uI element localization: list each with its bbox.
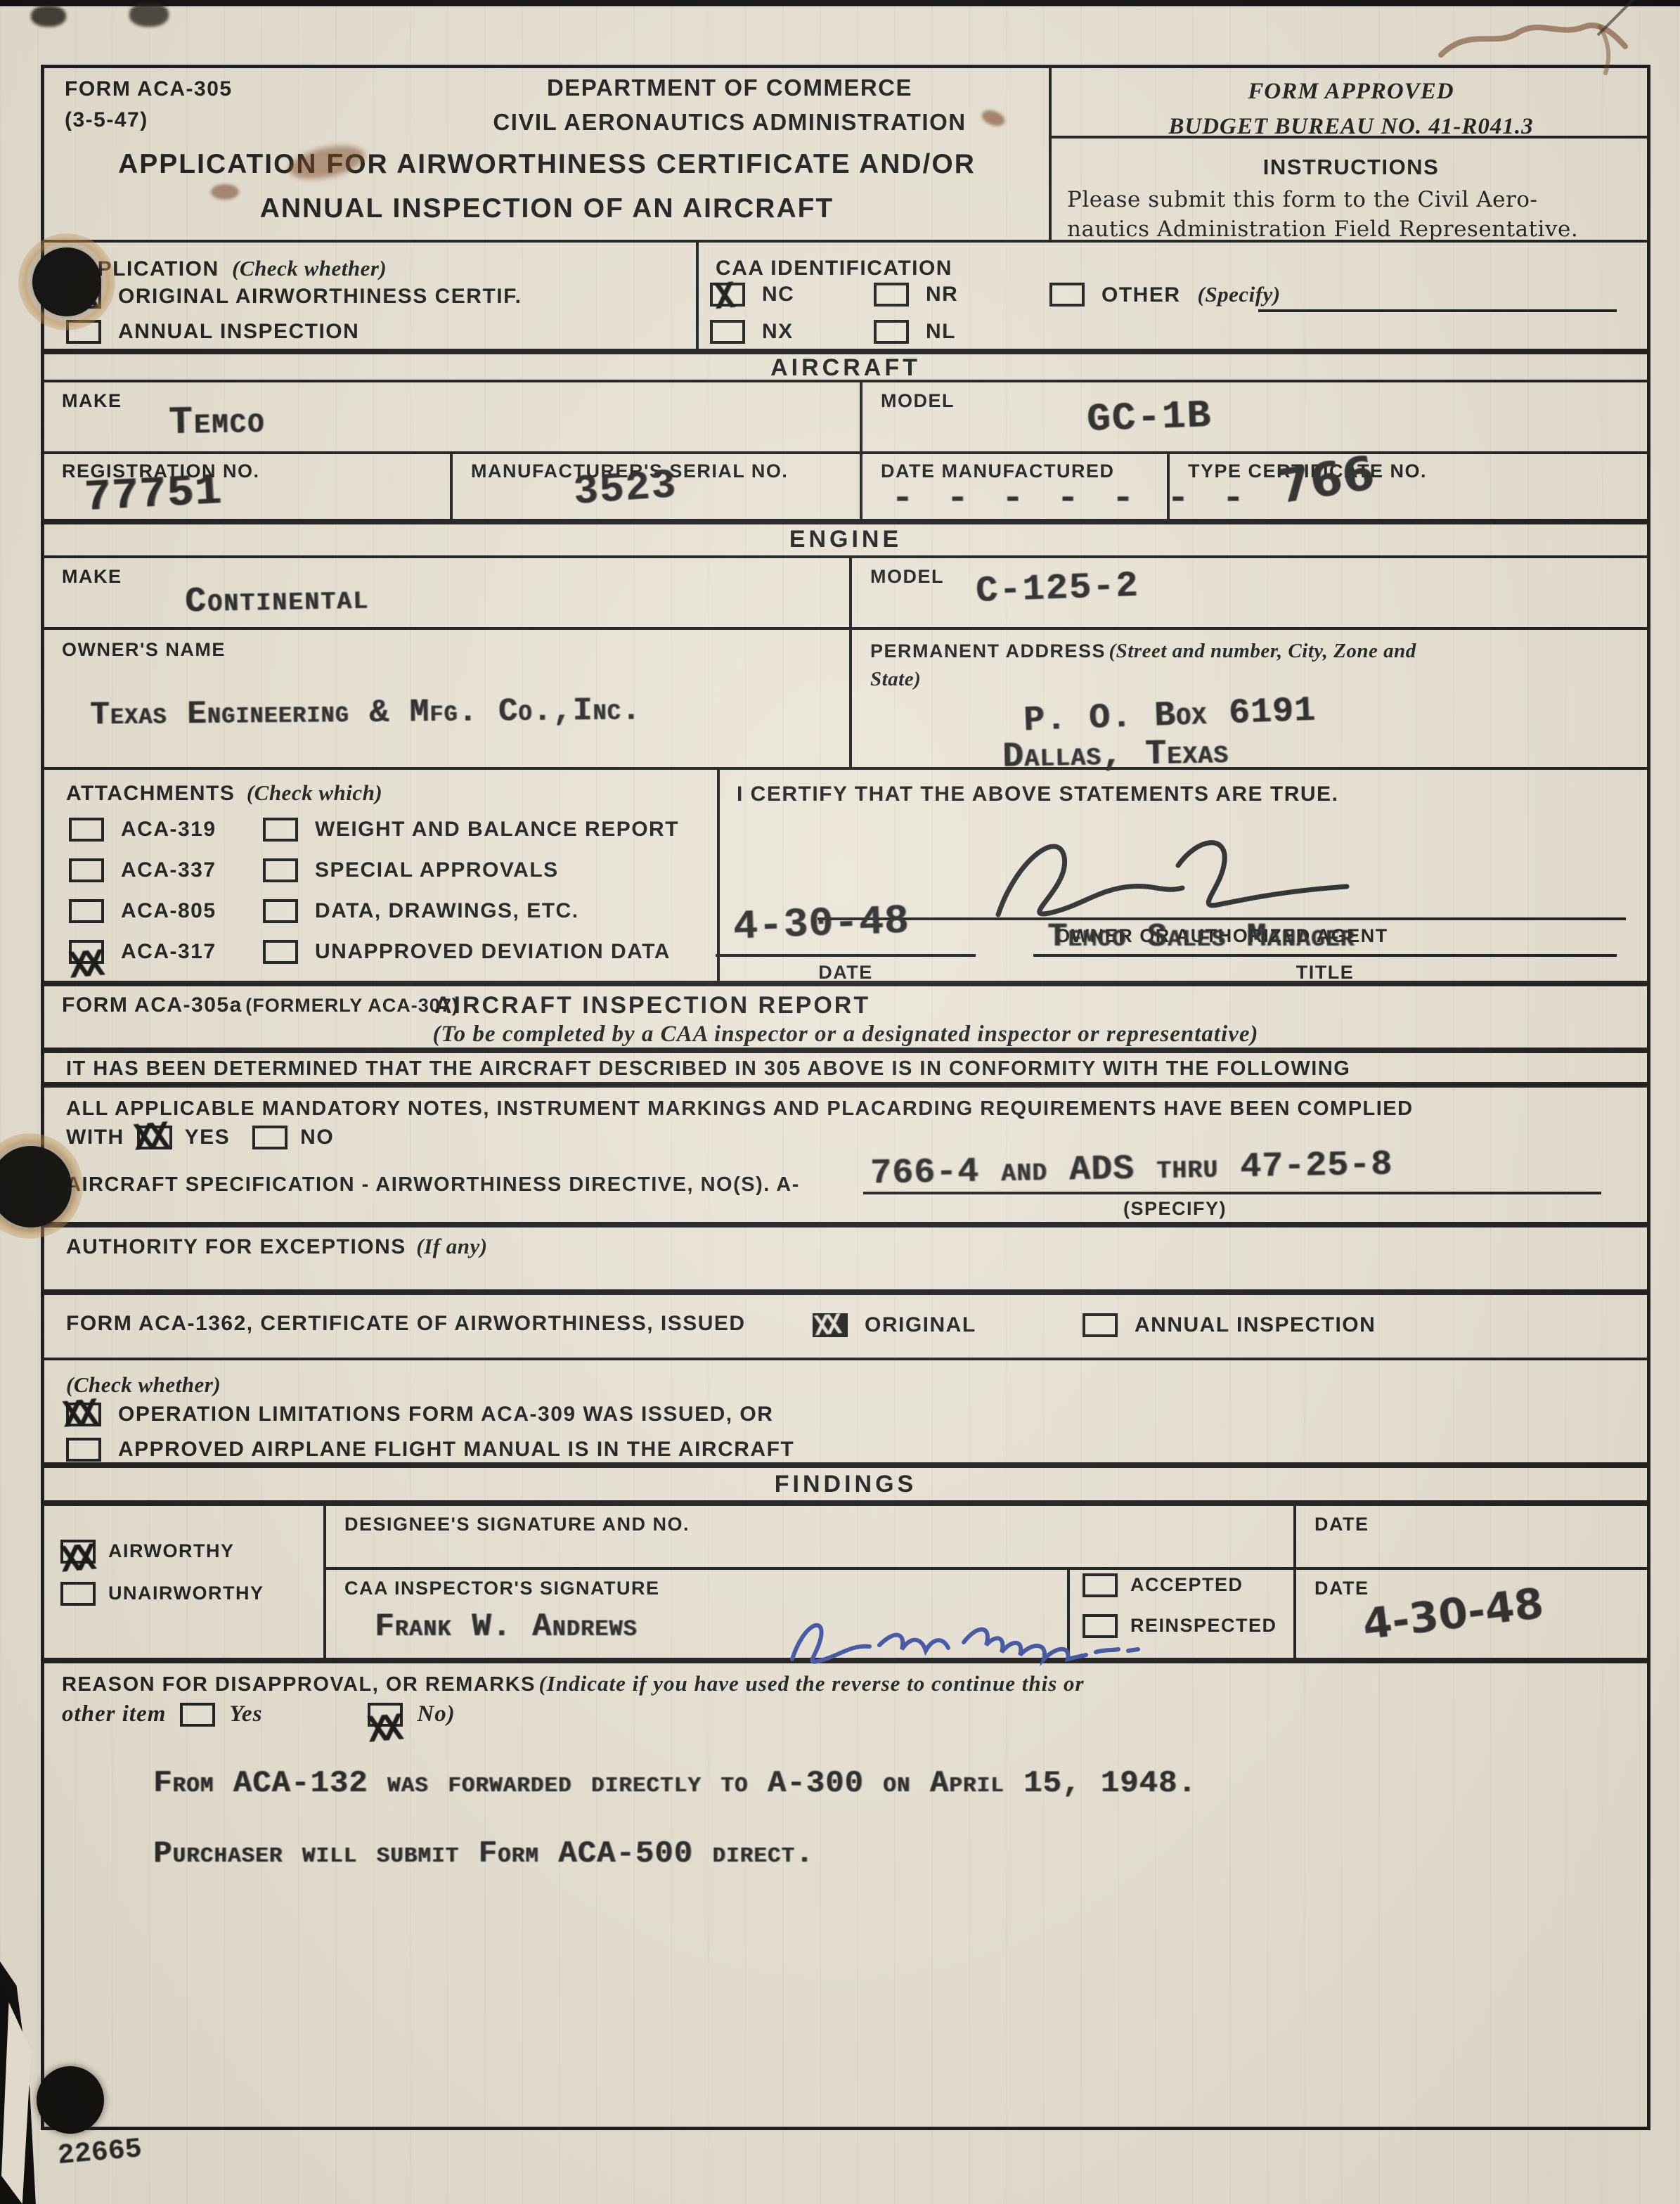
remarks-row: REASON FOR DISAPPROVAL, OR REMARKS (Indi… xyxy=(41,1661,1650,2130)
aca1362-row: FORM ACA-1362, CERTIFICATE OF AIRWORTHIN… xyxy=(41,1292,1650,1360)
inspection-date-label: DATE xyxy=(1314,1577,1369,1601)
specify-hint: (SPECIFY) xyxy=(1123,1197,1227,1221)
form-title-line2: ANNUAL INSPECTION OF AN AIRCRAFT xyxy=(83,192,1011,226)
form-revision-date: (3-5-47) xyxy=(65,107,233,134)
reverse-no-label: No) xyxy=(417,1697,455,1732)
engine-model-label: MODEL xyxy=(870,565,944,589)
option-annual-inspection: ANNUAL INSPECTION xyxy=(118,318,359,345)
details-divider-3 xyxy=(1167,454,1170,519)
accepted-label: ACCEPTED xyxy=(1130,1573,1243,1597)
operation-limitations-label: OPERATION LIMITATIONS FORM ACA-309 WAS I… xyxy=(118,1401,773,1428)
registration-value: 77751 xyxy=(83,466,223,523)
checkbox-unapproved-deviation[interactable] xyxy=(263,940,298,964)
unairworthy-label: UNAIRWORTHY xyxy=(108,1582,264,1606)
hole-punch-top xyxy=(32,247,101,316)
engine-section-title: ENGINE xyxy=(41,526,1650,553)
aircraft-details-row: REGISTRATION NO. 77751 MANUFACTURER'S SE… xyxy=(41,454,1650,522)
label-unapproved-deviation: UNAPPROVED DEVIATION DATA xyxy=(315,939,671,965)
airworthy-label: AIRWORTHY xyxy=(108,1540,235,1564)
checkbox-airworthy[interactable]: XX xyxy=(60,1540,96,1564)
authority-label: AUTHORITY FOR EXCEPTIONS xyxy=(66,1235,406,1258)
option-nc: NC xyxy=(762,281,794,308)
inspection-report-band: FORM ACA-305a (FORMERLY ACA-307) AIRCRAF… xyxy=(41,984,1650,1050)
certify-title-line[interactable] xyxy=(1033,954,1617,957)
application-hint: (Check whether) xyxy=(232,256,387,281)
spec-directive-label: AIRCRAFT SPECIFICATION - AIRWORTHINESS D… xyxy=(66,1172,800,1197)
checkbox-reinspected[interactable] xyxy=(1083,1614,1118,1638)
reverse-yes-label: Yes xyxy=(229,1697,262,1732)
inspector-typed-name: Frank W. Andrews xyxy=(375,1609,638,1646)
engine-make-model-row: MAKE Continental MODEL C-125-2 xyxy=(41,558,1650,630)
address-hint2: State) xyxy=(870,666,921,692)
findings-table: XX AIRWORTHY UNAIRWORTHY DESIGNEE'S SIGN… xyxy=(41,1503,1650,1661)
certify-statement: I CERTIFY THAT THE ABOVE STATEMENTS ARE … xyxy=(737,781,1338,808)
caa-inspector-label: CAA INSPECTOR'S SIGNATURE xyxy=(344,1577,659,1601)
annual-issued-label: ANNUAL INSPECTION xyxy=(1135,1312,1376,1339)
report-formerly: (FORMERLY ACA-307) xyxy=(245,995,459,1016)
no-label: NO xyxy=(300,1124,334,1151)
conformity-row: IT HAS BEEN DETERMINED THAT THE AIRCRAFT… xyxy=(41,1050,1650,1085)
checkbox-operation-limitations[interactable]: XX xyxy=(66,1403,101,1426)
application-caa-divider xyxy=(696,243,699,349)
yes-label: YES xyxy=(185,1124,231,1151)
checkbox-reverse-no[interactable]: XX xyxy=(368,1703,403,1727)
tear-shadow-bottom-left xyxy=(0,1961,44,2204)
aircraft-make-model-row: MAKE Temco MODEL GC-1B xyxy=(41,382,1650,454)
owner-name-value: Texas Engineering & Mfg. Co.,Inc. xyxy=(90,692,642,735)
edge-mark-2 xyxy=(129,3,169,27)
other-specify-line[interactable] xyxy=(1258,309,1617,312)
engine-make-label: MAKE xyxy=(62,565,122,589)
authority-row: AUTHORITY FOR EXCEPTIONS (If any) xyxy=(41,1225,1650,1292)
authority-hint: (If any) xyxy=(416,1234,487,1258)
aircraft-section-title: AIRCRAFT xyxy=(41,354,1650,382)
department-line: DEPARTMENT OF COMMERCE xyxy=(413,73,1046,102)
reinspected-label: REINSPECTED xyxy=(1130,1614,1277,1638)
label-weight-balance: WEIGHT AND BALANCE REPORT xyxy=(315,816,679,843)
date-manufactured-value: - - - - - - - xyxy=(891,478,1250,520)
edge-mark-1 xyxy=(31,6,66,27)
engine-model-value: C-125-2 xyxy=(975,565,1139,613)
aca1362-label: FORM ACA-1362, CERTIFICATE OF AIRWORTHIN… xyxy=(66,1310,746,1337)
details-divider-1 xyxy=(450,454,453,519)
designee-signature-label: DESIGNEE'S SIGNATURE AND NO. xyxy=(344,1513,690,1537)
attachments-hint: (Check which) xyxy=(247,780,382,805)
option-other-hint: (Specify) xyxy=(1198,281,1281,309)
option-other: OTHER xyxy=(1101,282,1181,309)
instructions-box: INSTRUCTIONS Please submit this form to … xyxy=(1052,138,1650,243)
attachments-certify-divider xyxy=(717,770,720,981)
option-nl: NL xyxy=(926,318,956,345)
aircraft-model-value: GC-1B xyxy=(1086,393,1213,443)
engine-make-value: Continental xyxy=(185,579,370,623)
label-data-drawings: DATA, DRAWINGS, ETC. xyxy=(315,898,579,924)
budget-approval-box: FORM APPROVED BUDGET BUREAU NO. 41-R041.… xyxy=(1052,65,1650,138)
attachments-certify-row: ATTACHMENTS (Check which) ACA-319 ACA-33… xyxy=(41,770,1650,984)
remarks-hint1: (Indicate if you have used the reverse t… xyxy=(538,1671,1084,1696)
spec-directive-value: 766-4 and ADS thru 47-25-8 xyxy=(870,1145,1393,1194)
remarks-line2: Purchaser will submit Form ACA-500 direc… xyxy=(153,1836,814,1872)
certify-date-line[interactable] xyxy=(716,954,976,957)
owner-divider xyxy=(849,630,852,767)
notes-spec-row: ALL APPLICABLE MANDATORY NOTES, INSTRUME… xyxy=(41,1085,1650,1225)
scanned-form-page: FORM ACA-305 (3-5-47) DEPARTMENT OF COMM… xyxy=(0,0,1680,2204)
engine-mm-divider xyxy=(849,558,852,627)
option-original-airworthiness: ORIGINAL AIRWORTHINESS CERTIF. xyxy=(118,283,522,310)
checkbox-aca-805[interactable] xyxy=(69,899,104,923)
findings-section-title: FINDINGS xyxy=(41,1471,1650,1498)
serial-value: 3523 xyxy=(572,463,679,517)
checkbox-annual-issued[interactable] xyxy=(1083,1313,1118,1337)
certify-title-value: Temco Sales Manager xyxy=(1047,919,1355,957)
with-label: WITH xyxy=(66,1124,124,1151)
aircraft-make-label: MAKE xyxy=(62,389,122,413)
report-title: AIRCRAFT INSPECTION REPORT xyxy=(434,991,870,1021)
batch-serial: 22665 xyxy=(56,2134,143,2172)
certify-title-label: TITLE xyxy=(1033,961,1617,985)
instructions-line1: Please submit this form to the Civil Aer… xyxy=(1067,186,1650,215)
checkbox-aca-317[interactable]: XX xyxy=(69,940,104,964)
checkbox-unairworthy[interactable] xyxy=(60,1582,96,1606)
checkbox-special-approvals[interactable] xyxy=(263,858,298,882)
application-form: FORM ACA-305 (3-5-47) DEPARTMENT OF COMM… xyxy=(41,65,1650,2130)
form-number: FORM ACA-305 xyxy=(65,76,233,103)
checkbox-nr[interactable] xyxy=(874,283,909,307)
scan-edge-top xyxy=(0,0,1680,6)
checkbox-other[interactable] xyxy=(1049,283,1085,307)
hole-punch-bottom xyxy=(37,2066,104,2134)
form-approved-line: FORM APPROVED xyxy=(1052,75,1650,110)
owner-name-label: OWNER'S NAME xyxy=(62,638,226,662)
header-row: FORM ACA-305 (3-5-47) DEPARTMENT OF COMM… xyxy=(41,65,1650,243)
address-label: PERMANENT ADDRESS xyxy=(870,640,1106,662)
application-row: APPLICATION (Check whether) XX ORIGINAL … xyxy=(41,243,1650,352)
instructions-line2: nautics Administration Field Representat… xyxy=(1067,215,1650,245)
check-whether-row: (Check whether) XX OPERATION LIMITATIONS… xyxy=(41,1360,1650,1465)
certify-date-value: 4-30-48 xyxy=(732,899,910,952)
details-divider-2 xyxy=(860,454,862,519)
checkbox-reverse-yes[interactable] xyxy=(180,1703,215,1727)
aircraft-mm-divider xyxy=(860,382,862,451)
checkbox-aca-319[interactable] xyxy=(69,818,104,842)
findings-subdivider xyxy=(323,1567,1650,1570)
address-hint1: (Street and number, City, Zone and xyxy=(1109,640,1416,662)
label-aca-337: ACA-337 xyxy=(121,857,217,884)
aircraft-band: AIRCRAFT xyxy=(41,352,1650,382)
checkbox-original-issued[interactable]: XX xyxy=(813,1313,848,1337)
aircraft-model-label: MODEL xyxy=(881,389,955,413)
checkbox-nc[interactable]: X xyxy=(710,283,745,307)
checkbox-accepted[interactable] xyxy=(1083,1573,1118,1597)
checkbox-weight-balance[interactable] xyxy=(263,818,298,842)
inspection-date-value: 4-30-48 xyxy=(1360,1582,1546,1646)
form-title-line1: APPLICATION FOR AIRWORTHINESS CERTIFICAT… xyxy=(83,148,1011,182)
aircraft-make-value: Temco xyxy=(168,399,265,446)
checkbox-data-drawings[interactable] xyxy=(263,899,298,923)
caa-identification-label: CAA IDENTIFICATION xyxy=(716,257,952,280)
findings-left-divider xyxy=(323,1503,326,1658)
label-aca-805: ACA-805 xyxy=(121,898,217,924)
type-certificate-value: 766 xyxy=(1275,450,1378,511)
findings-band: FINDINGS xyxy=(41,1465,1650,1503)
checkbox-aca-337[interactable] xyxy=(69,858,104,882)
label-aca-317: ACA-317 xyxy=(121,939,217,965)
original-issued-label: ORIGINAL xyxy=(865,1312,976,1339)
report-subtitle: (To be completed by a CAA inspector or a… xyxy=(41,1017,1650,1052)
label-special-approvals: SPECIAL APPROVALS xyxy=(315,857,559,884)
checkbox-yes[interactable]: XX xyxy=(137,1126,172,1149)
torn-paper-bottom-left xyxy=(1,2002,35,2204)
option-nx: NX xyxy=(762,318,794,345)
findings-date-divider xyxy=(1293,1503,1296,1658)
certify-date-label: DATE xyxy=(716,961,976,985)
checkbox-nx[interactable] xyxy=(710,320,745,344)
remarks-line1: From ACA-132 was forwarded directly to A… xyxy=(153,1766,1197,1802)
checkbox-flight-manual[interactable] xyxy=(66,1438,101,1462)
instructions-title: INSTRUCTIONS xyxy=(1052,154,1650,181)
attachments-label: ATTACHMENTS xyxy=(66,782,235,805)
remarks-hint2: other item xyxy=(62,1697,166,1732)
checkbox-no[interactable] xyxy=(252,1126,287,1149)
option-nr: NR xyxy=(926,281,958,308)
remarks-label: REASON FOR DISAPPROVAL, OR REMARKS xyxy=(62,1673,536,1696)
notes-statement: ALL APPLICABLE MANDATORY NOTES, INSTRUME… xyxy=(66,1096,1414,1121)
flight-manual-label: APPROVED AIRPLANE FLIGHT MANUAL IS IN TH… xyxy=(118,1436,794,1463)
designee-date-label: DATE xyxy=(1314,1513,1369,1537)
agency-line: CIVIL AERONAUTICS ADMINISTRATION xyxy=(413,108,1046,136)
spec-directive-line[interactable] xyxy=(863,1192,1601,1194)
owner-row: OWNER'S NAME Texas Engineering & Mfg. Co… xyxy=(41,630,1650,770)
report-form-number: FORM ACA-305a xyxy=(62,993,243,1017)
label-aca-319: ACA-319 xyxy=(121,816,217,843)
conformity-statement: IT HAS BEEN DETERMINED THAT THE AIRCRAFT… xyxy=(66,1056,1350,1081)
checkbox-nl[interactable] xyxy=(874,320,909,344)
engine-band: ENGINE xyxy=(41,522,1650,558)
